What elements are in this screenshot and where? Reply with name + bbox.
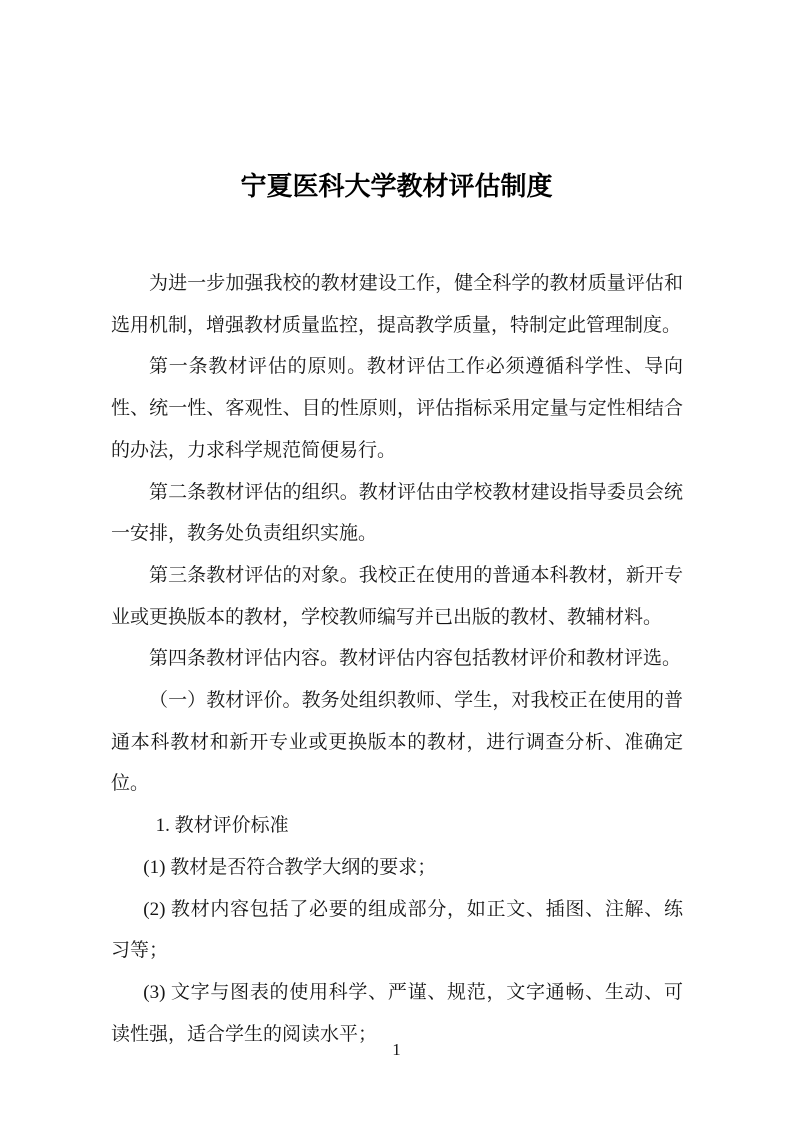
paragraph: 第四条教材评估内容。教材评估内容包括教材评价和教材评选。	[111, 638, 683, 680]
document-title: 宁夏医科大学教材评估制度	[0, 168, 793, 206]
paragraph: (1) 教材是否符合教学大纲的要求；	[111, 847, 683, 889]
paragraph: 第二条教材评估的组织。教材评估由学校教材建设指导委员会统一安排，教务处负责组织实…	[111, 472, 683, 555]
page-number: 1	[0, 1040, 793, 1060]
paragraph: 第三条教材评估的对象。我校正在使用的普通本科教材，新开专业或更换版本的教材，学校…	[111, 555, 683, 638]
paragraph: 为进一步加强我校的教材建设工作，健全科学的教材质量评估和选用机制，增强教材质量监…	[111, 263, 683, 346]
paragraph: （一）教材评价。教务处组织教师、学生，对我校正在使用的普通本科教材和新开专业或更…	[111, 680, 683, 805]
paragraph: (2) 教材内容包括了必要的组成部分，如正文、插图、注解、练习等；	[111, 889, 683, 972]
paragraph: 第一条教材评估的原则。教材评估工作必须遵循科学性、导向性、统一性、客观性、目的性…	[111, 346, 683, 471]
document-body: 为进一步加强我校的教材建设工作，健全科学的教材质量评估和选用机制，增强教材质量监…	[111, 263, 683, 1055]
document-page: 宁夏医科大学教材评估制度 为进一步加强我校的教材建设工作，健全科学的教材质量评估…	[0, 0, 793, 1122]
paragraph: 1. 教材评价标准	[111, 805, 683, 847]
